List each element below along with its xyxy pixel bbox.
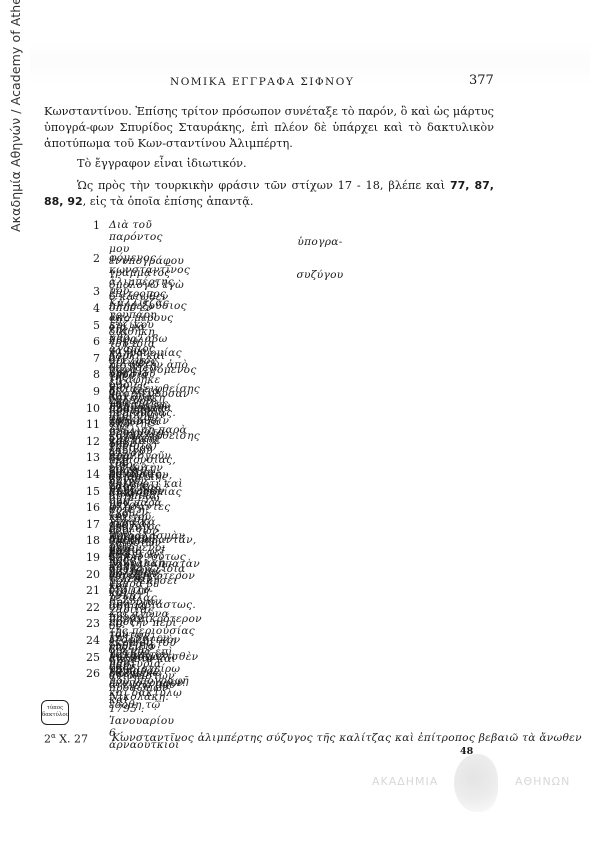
line-number: 3 — [76, 285, 100, 298]
line-number: 11 — [76, 418, 100, 431]
ref-rest: Χ. 27 — [56, 733, 88, 746]
line-number: 21 — [76, 584, 100, 597]
watermark-left-word: ΑΚΑΔΗΜΙΑ — [372, 775, 438, 788]
line-number: 6 — [76, 335, 100, 348]
final-line-reference: 2α Χ. 27 — [44, 732, 88, 746]
line-number: 5 — [76, 319, 100, 332]
academy-athena-head-watermark — [454, 754, 498, 812]
final-line-text: Κωνσταντῖνος ἀλιμπέρτης σύζυγος τῆς καλί… — [112, 732, 582, 744]
line-number: 22 — [76, 601, 100, 614]
line-continuation: ὑπογρα- — [0, 236, 600, 248]
line-number: 24 — [76, 634, 100, 647]
line-number: 26 — [76, 667, 100, 680]
line-number: 10 — [76, 402, 100, 415]
line-number: 20 — [76, 568, 100, 581]
intro-paragraph-2: Τὸ ἔγγραφον εἶναι ἰδιωτικόν. — [77, 156, 247, 172]
line-number: 4 — [76, 302, 100, 315]
running-title: ΝΟΜΙΚΑ ΕΓΓΡΑΦΑ ΣΙΦΝΟΥ — [170, 76, 354, 88]
ref-prefix: 2 — [44, 733, 51, 746]
line-number: 13 — [76, 451, 100, 464]
line-number: 2 — [76, 252, 100, 265]
line-number: 8 — [76, 368, 100, 381]
line-number: 14 — [76, 468, 100, 481]
line-number: 23 — [76, 617, 100, 630]
line-continuation: συζύγου — [0, 269, 600, 281]
line-number: 12 — [76, 435, 100, 448]
line-number: 1 — [76, 219, 100, 232]
intro-paragraph-3: Ὡς πρὸς τὴν τουρκικὴν φράσιν τῶν στίχων … — [44, 178, 494, 210]
line-number: 17 — [76, 518, 100, 531]
line-number: 9 — [76, 385, 100, 398]
side-watermark: Ακαδημία Αθηνών / Academy of Athens — [8, 0, 23, 232]
line-number: 25 — [76, 651, 100, 664]
paragraph-3-end: , εἰς τὰ ὁποῖα ἐπίσης ἀπαντᾷ. — [83, 195, 254, 208]
line-number: 15 — [76, 485, 100, 498]
fingerprint-stamp-box: τύπος δακτύλου — [41, 700, 69, 725]
line-number: 19 — [76, 551, 100, 564]
intro-paragraph-1: Κωνσταντίνου. Ἐπίσης τρίτον πρόσωπον συν… — [44, 104, 494, 152]
line-number: 16 — [76, 501, 100, 514]
line-number: 18 — [76, 534, 100, 547]
line-number: 7 — [76, 352, 100, 365]
page-number: 377 — [469, 73, 494, 88]
stamp-label-1: τύπος — [42, 705, 68, 712]
paragraph-3-start: Ὡς πρὸς τὴν τουρκικὴν φράσιν τῶν στίχων … — [77, 179, 450, 192]
stamp-label-2: δακτύλου — [42, 712, 68, 719]
watermark-right-word: ΑΘΗΝΩΝ — [515, 775, 570, 788]
